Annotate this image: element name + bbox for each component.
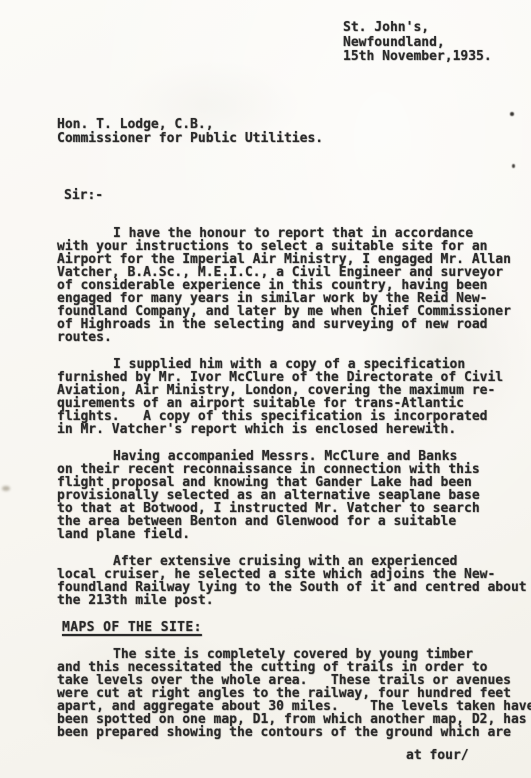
continuation-catchword: at four/ xyxy=(406,749,469,762)
scan-speck xyxy=(2,486,10,491)
salutation: Sir:- xyxy=(64,189,103,202)
letter-body: I have the honour to report that in acco… xyxy=(57,227,531,753)
paragraph-engagement: I have the honour to report that in acco… xyxy=(57,227,531,344)
paragraph-site-selection: After extensive cruising with an experie… xyxy=(57,555,531,607)
section-heading-maps-of-the-site: MAPS OF THE SITE: xyxy=(57,621,531,634)
scan-speck xyxy=(510,112,514,116)
scanned-letter-page: St. John's, Newfoundland, 15th November,… xyxy=(0,0,531,778)
paragraph-reconnaissance: Having accompanied Messrs. McClure and B… xyxy=(57,450,531,541)
dateline: St. John's, Newfoundland, 15th November,… xyxy=(343,21,492,65)
paragraph-maps: The site is completely covered by young … xyxy=(57,648,531,739)
paragraph-specification: I supplied him with a copy of a specific… xyxy=(57,358,531,436)
recipient-address: Hon. T. Lodge, C.B., Commissioner for Pu… xyxy=(57,118,323,145)
scan-speck xyxy=(512,164,515,168)
